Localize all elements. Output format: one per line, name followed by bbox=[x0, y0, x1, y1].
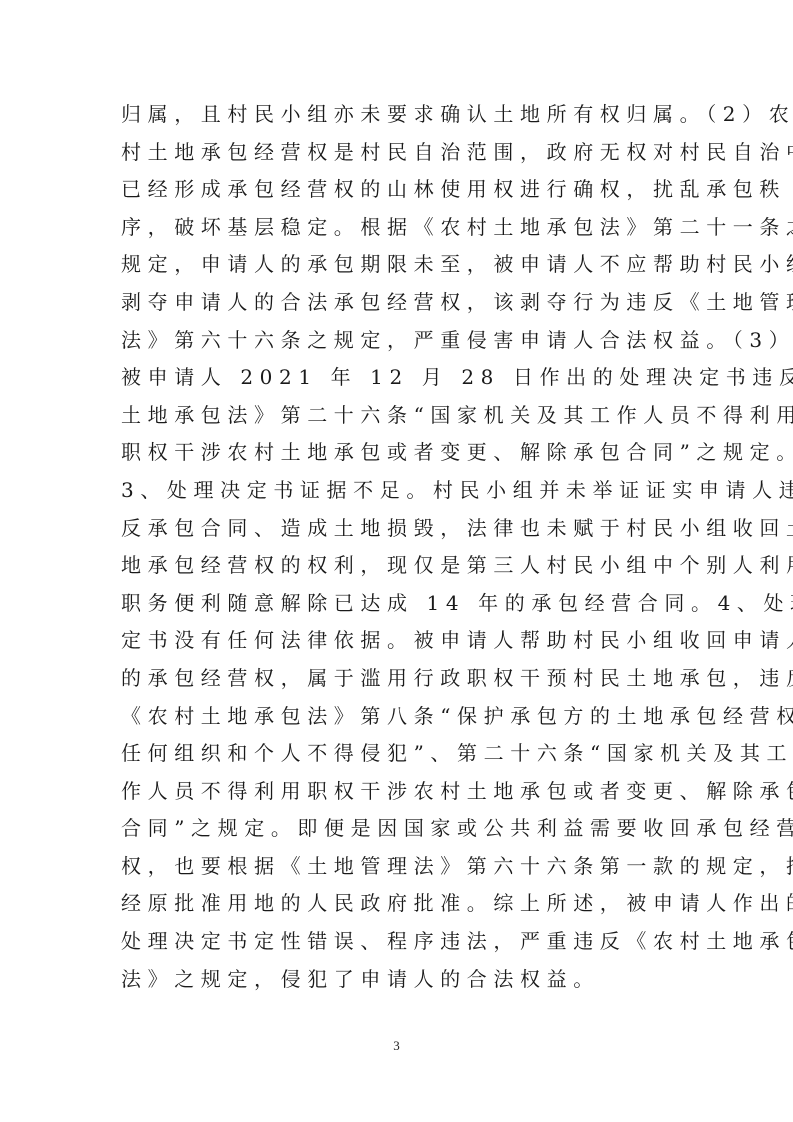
page-number: 3 bbox=[0, 1038, 793, 1054]
text-line: 3、处理决定书证据不足。村民小组并未举证证实申请人违 bbox=[121, 472, 681, 510]
text-line: 权，也要根据《土地管理法》第六十六条第一款的规定，报 bbox=[121, 848, 681, 886]
text-line: 反承包合同、造成土地损毁，法律也未赋于村民小组收回土 bbox=[121, 510, 681, 548]
text-line: 归属，且村民小组亦未要求确认土地所有权归属。（2）农 bbox=[121, 96, 681, 134]
text-line: 合同”之规定。即便是因国家或公共利益需要收回承包经营 bbox=[121, 810, 681, 848]
text-line: 法》之规定，侵犯了申请人的合法权益。 bbox=[121, 961, 681, 999]
text-line: 定书没有任何法律依据。被申请人帮助村民小组收回申请人 bbox=[121, 622, 681, 660]
text-line: 职权干涉农村土地承包或者变更、解除承包合同”之规定。 bbox=[121, 434, 681, 472]
text-line: 土地承包法》第二十六条“国家机关及其工作人员不得利用 bbox=[121, 397, 681, 435]
body-text: 归属，且村民小组亦未要求确认土地所有权归属。（2）农 村土地承包经营权是村民自治… bbox=[121, 96, 681, 998]
text-line: 经原批准用地的人民政府批准。综上所述，被申请人作出的 bbox=[121, 885, 681, 923]
text-line: 《农村土地承包法》第八条“保护承包方的土地承包经营权， bbox=[121, 698, 681, 736]
text-line: 处理决定书定性错误、程序违法，严重违反《农村土地承包 bbox=[121, 923, 681, 961]
text-line: 村土地承包经营权是村民自治范围，政府无权对村民自治中 bbox=[121, 134, 681, 172]
text-line: 剥夺申请人的合法承包经营权，该剥夺行为违反《土地管理 bbox=[121, 284, 681, 322]
text-line: 序，破坏基层稳定。根据《农村土地承包法》第二十一条之 bbox=[121, 209, 681, 247]
text-line: 地承包经营权的权利，现仅是第三人村民小组中个别人利用 bbox=[121, 547, 681, 585]
text-line: 的承包经营权，属于滥用行政职权干预村民土地承包，违反 bbox=[121, 660, 681, 698]
text-line: 法》第六十六条之规定，严重侵害申请人合法权益。（3） bbox=[121, 322, 681, 360]
text-line: 被申请人 2021 年 12 月 28 日作出的处理决定书违反《农村 bbox=[121, 359, 681, 397]
text-line: 职务便利随意解除已达成 14 年的承包经营合同。4、处理决 bbox=[121, 585, 681, 623]
text-line: 任何组织和个人不得侵犯”、第二十六条“国家机关及其工 bbox=[121, 735, 681, 773]
text-line: 作人员不得利用职权干涉农村土地承包或者变更、解除承包 bbox=[121, 773, 681, 811]
text-line: 规定，申请人的承包期限未至，被申请人不应帮助村民小组 bbox=[121, 246, 681, 284]
document-page: 归属，且村民小组亦未要求确认土地所有权归属。（2）农 村土地承包经营权是村民自治… bbox=[0, 0, 793, 1122]
text-line: 已经形成承包经营权的山林使用权进行确权，扰乱承包秩 bbox=[121, 171, 681, 209]
